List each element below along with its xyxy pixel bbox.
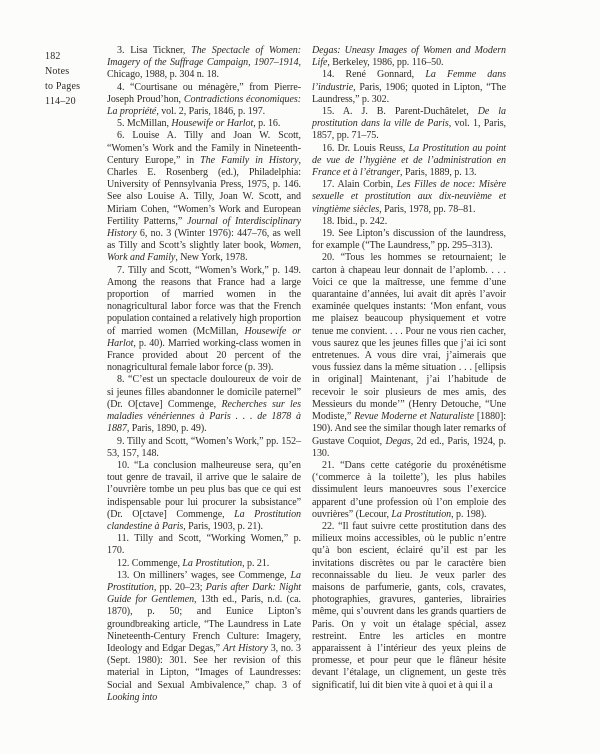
note-text-italic: Degas [385,436,410,447]
note-paragraph: 15. A. J. B. Parent-Duchâtelet, De la pr… [312,106,506,143]
note-text: , p. 198). [451,509,486,520]
note-text: 20. “Tous les hommes se retournaient; le… [312,252,506,422]
note-text: 9. Tilly and Scott, “Women’s Work,” pp. … [107,436,301,459]
note-text: 5. McMillan, [117,118,171,129]
running-header: 182 Notes to Pages 114–20 [45,49,80,109]
note-paragraph: 16. Dr. Louis Reuss, La Prostitution au … [312,143,506,180]
note-text-italic: La Prostitution [391,509,451,520]
note-paragraph: 20. “Tous les hommes se retournaient; le… [312,252,506,459]
note-text: , Paris, 1889, p. 13. [400,167,476,178]
note-paragraph: 7. Tilly and Scott, “Women’s Work,” p. 1… [107,265,301,375]
running-header-line-1: Notes [45,64,80,79]
note-text: , p. 21. [242,558,269,569]
note-paragraph: 9. Tilly and Scott, “Women’s Work,” pp. … [107,436,301,460]
note-text: , p. 16. [253,118,280,129]
note-text-italic: The Family in History [200,155,298,166]
running-header-line-3: 114–20 [45,94,80,109]
note-text: , Paris, 1903, p. 21). [183,521,263,532]
note-text: 17. Alain Corbin, [322,179,397,190]
note-text: 16. Dr. Louis Reuss, [322,143,409,154]
note-paragraph: 4. “Courtisane ou ménagère,” from Pierre… [107,82,301,119]
note-text-italic: Looking into [107,692,157,703]
note-text: 3. Lisa Tickner, [117,45,191,56]
book-page: 182 Notes to Pages 114–20 3. Lisa Tickne… [0,0,600,754]
note-text: 22. “Il faut suivre cette prostitution d… [312,521,506,691]
note-text: , New York, 1978. [175,252,247,263]
note-paragraph: 8. “C’est un spectacle douloureux de voi… [107,374,301,435]
note-paragraph: 19. See Lipton’s discussion of the laund… [312,228,506,252]
note-paragraph: 18. Ibid., p. 242. [312,216,506,228]
note-paragraph: 21. “Dans cette catégorie du proxénétism… [312,460,506,521]
note-text-italic: Revue Moderne et Naturaliste [354,411,474,422]
note-paragraph: 6. Louise A. Tilly and Joan W. Scott, “W… [107,130,301,264]
note-text: , Berkeley, 1986, pp. 116–50. [327,57,443,68]
note-text: 18. Ibid., p. 242. [322,216,387,227]
note-text-italic: Art History [223,643,268,654]
note-paragraph: 14. René Gonnard, La Femme dans l’indust… [312,69,506,106]
note-text: , Paris, 1978, pp. 78–81. [379,204,475,215]
note-text: 15. A. J. B. Parent-Duchâtelet, [322,106,478,117]
note-paragraph: 3. Lisa Tickner, The Spectacle of Women:… [107,45,301,82]
note-text-italic: La Prostitution [182,558,242,569]
note-text: 13. On milliners’ wages, see Commenge, [117,570,291,581]
note-text: 14. René Gonnard, [322,69,425,80]
note-paragraph: 11. Tilly and Scott, “Working Women,” p.… [107,533,301,557]
note-paragraph: 12. Commenge, La Prostitution, p. 21. [107,558,301,570]
notes-column-right: Degas: Uneasy Images of Women and Modern… [312,45,506,692]
note-text: 11. Tilly and Scott, “Working Women,” p.… [107,533,301,556]
note-paragraph: 13. On milliners’ wages, see Commenge, L… [107,570,301,704]
note-text: 19. See Lipton’s discussion of the laund… [312,228,506,251]
note-text: , p. 40). Married working-class women in… [107,338,301,373]
note-text: , pp. 20–23; [154,582,206,593]
note-text: , Paris, 1890, p. 49). [127,423,207,434]
note-text: , vol. 2, Paris, 1846, p. 197. [156,106,265,117]
note-text: 12. Commenge, [117,558,182,569]
note-paragraph: 10. “La conclusion malheureuse sera, qu’… [107,460,301,533]
note-text-italic: Housewife or Harlot [171,118,253,129]
note-paragraph: 17. Alain Corbin, Les Filles de noce: Mi… [312,179,506,216]
page-number: 182 [45,49,80,64]
note-paragraph: Degas: Uneasy Images of Women and Modern… [312,45,506,69]
notes-column-left: 3. Lisa Tickner, The Spectacle of Women:… [107,45,301,704]
running-header-line-2: to Pages [45,79,80,94]
note-paragraph: 5. McMillan, Housewife or Harlot, p. 16. [107,118,301,130]
note-paragraph: 22. “Il faut suivre cette prostitution d… [312,521,506,692]
